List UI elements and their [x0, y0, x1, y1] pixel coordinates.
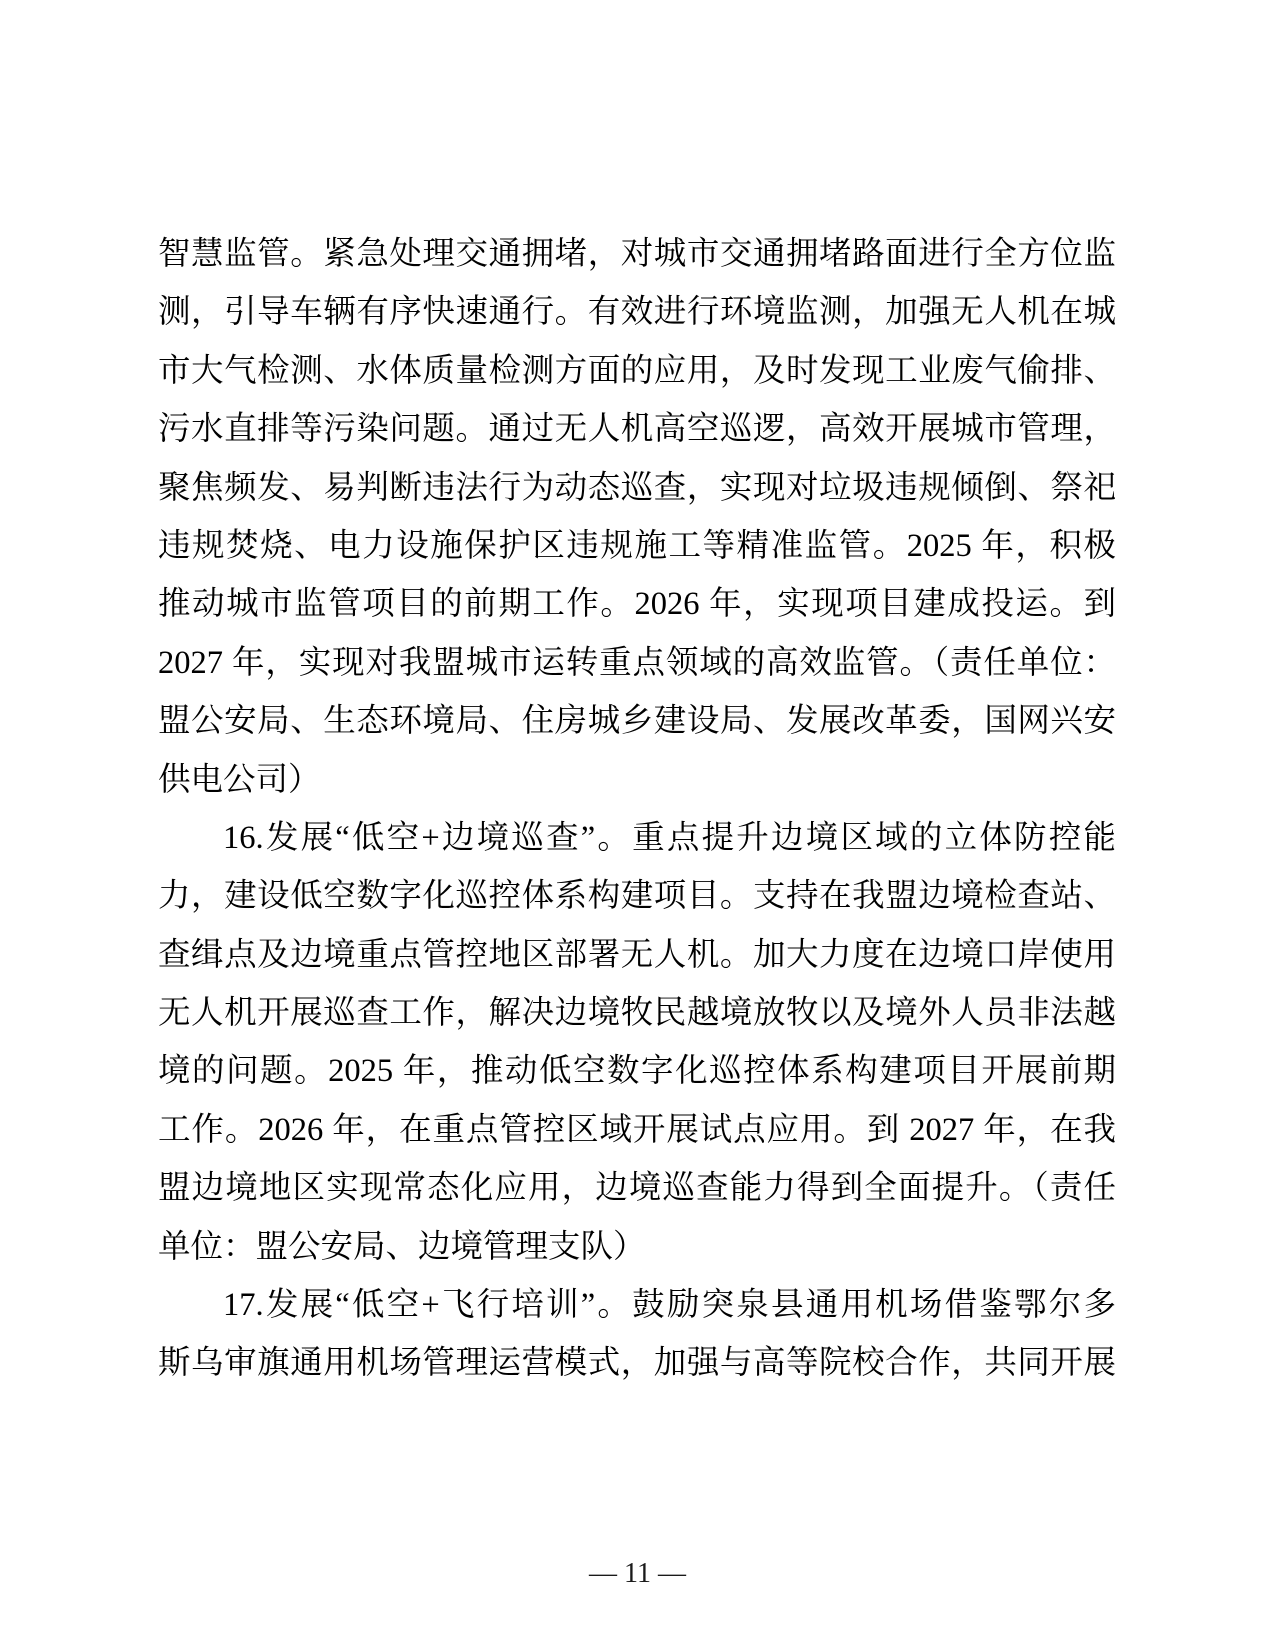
text-line: 智慧监管。紧急处理交通拥堵，对城市交通拥堵路面进行全方位监	[158, 225, 1116, 283]
text-line: 推动城市监管项目的前期工作。2026 年，实现项目建成投运。到	[158, 575, 1116, 633]
text-line: 查缉点及边境重点管控地区部署无人机。加大力度在边境口岸使用	[158, 926, 1116, 984]
text-line: 境的问题。2025 年，推动低空数字化巡控体系构建项目开展前期	[158, 1042, 1116, 1100]
text-line: 无人机开展巡查工作，解决边境牧民越境放牧以及境外人员非法越	[158, 984, 1116, 1042]
text-line: 测，引导车辆有序快速通行。有效进行环境监测，加强无人机在城	[158, 283, 1116, 341]
text-line: 力，建设低空数字化巡控体系构建项目。支持在我盟边境检查站、	[158, 867, 1116, 925]
text-line: 2027 年，实现对我盟城市运转重点领域的高效监管。（责任单位：	[158, 634, 1116, 692]
text-line: 斯乌审旗通用机场管理运营模式，加强与高等院校合作，共同开展	[158, 1334, 1116, 1392]
text-line: 聚焦频发、易判断违法行为动态巡查，实现对垃圾违规倾倒、祭祀	[158, 459, 1116, 517]
document-body: 智慧监管。紧急处理交通拥堵，对城市交通拥堵路面进行全方位监测，引导车辆有序快速通…	[158, 225, 1116, 1393]
text-line: 16.发展“低空+边境巡查”。重点提升边境区域的立体防控能	[158, 809, 1116, 867]
text-line: 工作。2026 年，在重点管控区域开展试点应用。到 2027 年，在我	[158, 1101, 1116, 1159]
text-line: 供电公司）	[158, 751, 1116, 809]
text-line: 单位：盟公安局、边境管理支队）	[158, 1218, 1116, 1276]
text-line: 市大气检测、水体质量检测方面的应用，及时发现工业废气偷排、	[158, 342, 1116, 400]
page-number: — 11 —	[0, 1556, 1275, 1592]
document-page: 智慧监管。紧急处理交通拥堵，对城市交通拥堵路面进行全方位监测，引导车辆有序快速通…	[0, 0, 1275, 1650]
text-line: 违规焚烧、电力设施保护区违规施工等精准监管。2025 年，积极	[158, 517, 1116, 575]
text-line: 污水直排等污染问题。通过无人机高空巡逻，高效开展城市管理，	[158, 400, 1116, 458]
text-line: 17.发展“低空+飞行培训”。鼓励突泉县通用机场借鉴鄂尔多	[158, 1276, 1116, 1334]
text-line: 盟边境地区实现常态化应用，边境巡查能力得到全面提升。（责任	[158, 1159, 1116, 1217]
text-line: 盟公安局、生态环境局、住房城乡建设局、发展改革委，国网兴安	[158, 692, 1116, 750]
